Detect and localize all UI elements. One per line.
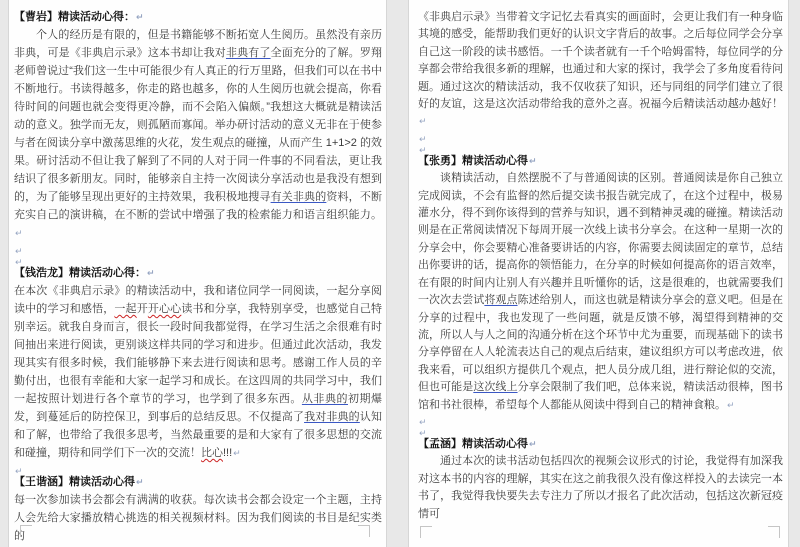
section-heading: 【钱浩龙】精读活动心得：↵ — [14, 264, 382, 282]
text-run: 全面充分的了解。罗翔老师曾说过“我们这一生中可能很少有人真正的行万里路，但我们可… — [14, 47, 382, 203]
text-run: 谈精读活动，自然摆脱不了与普通阅读的区别。普通阅读是你自己独立完成阅读，不会有监… — [418, 172, 783, 306]
paragraph-mark-icon: ↵ — [233, 448, 241, 458]
section-heading-text: 【钱浩龙】精读活动心得： — [14, 267, 146, 279]
paragraph-mark-icon: ↵ — [529, 156, 537, 166]
spellcheck-flagged-text-run: 比心 — [201, 447, 223, 459]
paragraph-mark-icon: ↵ — [147, 268, 155, 278]
paragraph-mark-icon: ↵ — [727, 400, 735, 410]
document-page-right[interactable]: 《非典启示录》当带着文字记忆去看真实的画面时，会更让我们有一种身临其境的感受，能… — [408, 0, 789, 547]
text-run: 读书和分享，我特别享受，也感觉自己特别幸运。就我自身而言，很长一段时间我都觉得，… — [14, 303, 382, 405]
paragraph-mark-icon: ↵ — [136, 12, 144, 22]
section-heading: 【曹岩】精读活动心得：↵ — [14, 8, 382, 26]
spellcheck-flagged-text-run: 一起 — [114, 303, 136, 315]
empty-paragraph: ↵ — [14, 462, 382, 473]
underlined-text-run: 这次线上 — [473, 381, 517, 393]
empty-paragraph: ↵ — [418, 142, 783, 153]
paragraph: 在本次《非典启示录》的精读活动中，我和诸位同学一同阅读，一起分享阅读中的学习和感… — [14, 282, 382, 462]
underlined-text-run: 有关非典的 — [271, 191, 327, 203]
text-run: 通过本次的读书活动包括四次的视频会议形式的讨论，我觉得有加深我对这本书的内容的理… — [418, 455, 783, 519]
paragraph-mark-icon: ↵ — [136, 477, 144, 487]
paragraph: 每一次参加读书会都会有满满的收获。每次读书会都会设定一个主题，主持人会先给大家播… — [14, 491, 382, 545]
section-heading-text: 【张勇】精读活动心得 — [418, 155, 528, 167]
empty-paragraph: ↵ — [14, 253, 382, 264]
document-editor-canvas: 【曹岩】精读活动心得：↵个人的经历是有限的，但是书籍能够不断拓宽人生阅历。虽然没… — [0, 0, 800, 547]
text-run: !!! — [223, 447, 232, 459]
text-boundary-mark — [358, 525, 370, 537]
text-boundary-mark — [20, 525, 32, 537]
paragraph-mark-icon: ↵ — [15, 228, 23, 238]
paragraph: 个人的经历是有限的，但是书籍能够不断拓宽人生阅历。虽然没有亲历非典，可是《非典启… — [14, 26, 382, 242]
text-run: 《非典启示录》当带着文字记忆去看真实的画面时，会更让我们有一种身临其境的感受，能… — [418, 11, 783, 110]
section-heading: 【孟涵】精读活动心得↵ — [418, 436, 783, 453]
paragraph-mark-icon: ↵ — [419, 116, 427, 126]
empty-paragraph: ↵ — [14, 242, 382, 253]
underlined-text-run: 非典有了 — [226, 47, 271, 59]
text-boundary-mark — [768, 526, 780, 538]
empty-paragraph: ↵ — [418, 131, 783, 142]
section-heading-text: 【王谐涵】精读活动心得 — [14, 476, 135, 488]
section-heading-text: 【孟涵】精读活动心得 — [418, 438, 528, 450]
spellcheck-flagged-text-run: 开心心 — [148, 303, 181, 315]
paragraph-mark-icon: ↵ — [529, 439, 537, 449]
underlined-text-run: 从非典的 — [302, 393, 348, 405]
text-run: 开 — [137, 303, 148, 315]
section-heading-text: 【曹岩】精读活动心得： — [14, 11, 135, 23]
underlined-text-run: 将观点 — [484, 294, 517, 306]
empty-paragraph: ↵ — [418, 414, 783, 425]
section-heading: 【张勇】精读活动心得↵ — [418, 153, 783, 170]
empty-paragraph: ↵ — [418, 425, 783, 436]
text-run: 陈述给别人，而这也就是精读分享会的意义吧。但是在分享的过程中，我也发现了一些问题… — [418, 294, 783, 393]
underlined-text-run: 我对非典的 — [304, 411, 360, 423]
paragraph: 通过本次的读书活动包括四次的视频会议形式的讨论，我觉得有加深我对这本书的内容的理… — [418, 453, 783, 523]
text-run: 每一次参加读书会都会有满满的收获。每次读书会都会设定一个主题，主持人会先给大家播… — [14, 494, 382, 542]
section-heading: 【王谐涵】精读活动心得↵ — [14, 473, 382, 491]
paragraph: 《非典启示录》当带着文字记忆去看真实的画面时，会更让我们有一种身临其境的感受，能… — [418, 9, 783, 131]
document-page-left[interactable]: 【曹岩】精读活动心得：↵个人的经历是有限的，但是书籍能够不断拓宽人生阅历。虽然没… — [8, 0, 387, 547]
paragraph: 谈精读活动，自然摆脱不了与普通阅读的区别。普通阅读是你自己独立完成阅读，不会有监… — [418, 170, 783, 414]
text-boundary-mark — [420, 526, 432, 538]
